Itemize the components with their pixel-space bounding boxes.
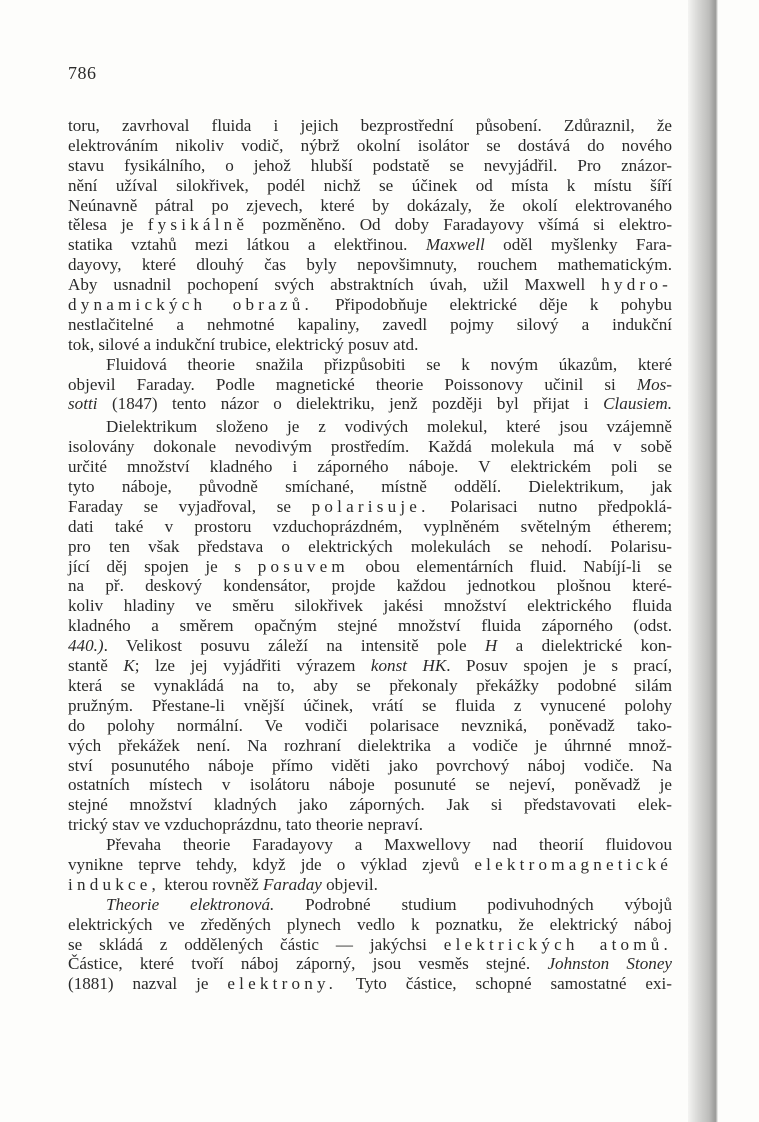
text-segment: ství posunutého náboje přímo viděti jako…: [68, 756, 672, 775]
text-line: nění užíval silokřivek, podél nichž se ú…: [68, 176, 672, 196]
text-line: stantě K; lze jej vyjádřiti výrazem kons…: [68, 656, 672, 676]
italic-text: konst HK: [371, 656, 446, 675]
text-segment: obou elementárních fluid. Nabíjí-li se: [349, 557, 672, 576]
text-segment: nestlačitelné a nehmotné kapaliny, zaved…: [68, 315, 672, 334]
text-segment: objevil.: [322, 875, 378, 894]
spaced-emphasis-text: hydro-: [601, 275, 672, 294]
text-segment: tok, silové a indukční trubice, elektric…: [68, 335, 418, 354]
text-line: koliv hladiny ve směru silokřivek jakési…: [68, 596, 672, 616]
text-segment: Aby usnadnil pochopení svých abstraktníc…: [68, 275, 601, 294]
text-segment: vynikne teprve tehdy, když jde o výklad …: [68, 855, 474, 874]
text-line: nestlačitelné a nehmotné kapaliny, zaved…: [68, 315, 672, 335]
text-line: vynikne teprve tehdy, když jde o výklad …: [68, 855, 672, 875]
text-line: Převaha theorie Faradayovy a Maxwellovy …: [68, 835, 672, 855]
text-segment: . Posuv spojen je s prací,: [446, 656, 672, 675]
spaced-emphasis-text: fysikálně: [148, 215, 248, 234]
text-line: Faraday se vyjadřoval, se polarisuje. Po…: [68, 497, 672, 517]
text-line: stavu fysikálního, o jehož hlubší podsta…: [68, 156, 672, 176]
text-segment: jící děj spojen je s: [68, 557, 258, 576]
text-segment: pružným. Přestane-li vnější účinek, vrát…: [68, 696, 672, 715]
spaced-emphasis-text: elektromagnetické: [474, 855, 672, 874]
spaced-emphasis-text: indukce,: [68, 875, 160, 894]
text-line: Theorie elektronová. Podrobné studium po…: [68, 895, 672, 915]
italic-text: Faraday: [263, 875, 322, 894]
italic-text: sotti: [68, 394, 97, 413]
text-segment: Neúnavně pátral po zjevech, které by dok…: [68, 196, 672, 215]
text-segment: statika vztahů mezi látkou a elektřinou.: [68, 235, 426, 254]
text-line: kladného a směrem opačným stejné množstv…: [68, 616, 672, 636]
text-line: toru, zavrhoval fluida i jejich bezprost…: [68, 116, 672, 136]
spaced-emphasis-text: elektrických atomů.: [444, 935, 672, 954]
text-segment: do polohy normální. Ve vodiči polarisace…: [68, 716, 672, 735]
text-segment: Tyto částice, schopné samostatné exi-: [337, 974, 672, 993]
text-line: 440.). Velikost posuvu záleží na intensi…: [68, 636, 672, 656]
italic-text: K: [123, 656, 134, 675]
text-segment: . Velikost posuvu záleží na intensitě po…: [104, 636, 485, 655]
text-line: dayovy, které dlouhý čas byly nepovšimnu…: [68, 255, 672, 275]
text-line: ství posunutého náboje přímo viděti jako…: [68, 756, 672, 776]
text-segment: určité množství kladného i záporného náb…: [68, 457, 672, 476]
italic-text: H: [485, 636, 497, 655]
text-line: statika vztahů mezi látkou a elektřinou.…: [68, 235, 672, 255]
spaced-emphasis-text: polarisuje.: [312, 497, 430, 516]
text-line: vých překážek není. Na rozhraní dielektr…: [68, 736, 672, 756]
text-line: dati také v prostoru vzduchoprázdném, vy…: [68, 517, 672, 537]
text-segment: Převaha theorie Faradayovy a Maxwellovy …: [106, 835, 672, 854]
text-line: elektrováním nikoliv vodič, nýbrž okolní…: [68, 136, 672, 156]
text-line: isolovány dokonale nevodivým prostředím.…: [68, 437, 672, 457]
text-line: se skládá z oddělených částic — jakýchsi…: [68, 935, 672, 955]
text-line: trický stav ve vzduchoprázdnu, tato theo…: [68, 815, 672, 835]
text-segment: Dielektrikum složeno je z vodivých molek…: [106, 417, 672, 436]
text-segment: kterou rovněž: [160, 875, 263, 894]
text-segment: Podrobné studium podivuhodných výbojů: [274, 895, 672, 914]
text-line: stejné množství kladných jako záporných.…: [68, 795, 672, 815]
text-segment: ; lze jej vyjádřiti výrazem: [135, 656, 371, 675]
text-line: ostatních místech v isolátoru náboje pos…: [68, 775, 672, 795]
text-segment: pro ten však představa o elektrických mo…: [68, 537, 672, 556]
text-segment: tělesa je: [68, 215, 148, 234]
text-segment: oděl myšlenky Fara-: [485, 235, 672, 254]
text-segment: nění užíval silokřivek, podél nichž se ú…: [68, 176, 672, 195]
text-line: indukce, kterou rovněž Faraday objevil.: [68, 875, 672, 895]
text-line: tělesa je fysikálně pozměněno. Od doby F…: [68, 215, 672, 235]
italic-text: 440.): [68, 636, 104, 655]
book-spine-shadow: [688, 0, 718, 1122]
text-segment: elektrováním nikoliv vodič, nýbrž okolní…: [68, 136, 672, 155]
spaced-emphasis-text: dynamických obrazů.: [68, 295, 313, 314]
text-line: pro ten však představa o elektrických mo…: [68, 537, 672, 557]
italic-text: Theorie elektronová.: [106, 895, 274, 914]
text-line: sotti (1847) tento názor o dielektriku, …: [68, 394, 672, 414]
text-line: do polohy normální. Ve vodiči polarisace…: [68, 716, 672, 736]
text-segment: (1881) nazval je: [68, 974, 227, 993]
text-segment: na př. deskový kondensátor, projde každo…: [68, 576, 672, 595]
text-line: dynamických obrazů. Připodobňuje elektri…: [68, 295, 672, 315]
text-segment: toru, zavrhoval fluida i jejich bezprost…: [68, 116, 672, 135]
text-segment: isolovány dokonale nevodivým prostředím.…: [68, 437, 672, 456]
text-segment: stejné množství kladných jako záporných.…: [68, 795, 672, 814]
text-line: Neúnavně pátral po zjevech, které by dok…: [68, 196, 672, 216]
text-segment: kladného a směrem opačným stejné množstv…: [68, 616, 672, 635]
text-line: Dielektrikum složeno je z vodivých molek…: [68, 417, 672, 437]
text-line: objevil Faraday. Podle magnetické theori…: [68, 375, 672, 395]
text-segment: objevil Faraday. Podle magnetické theori…: [68, 375, 637, 394]
text-segment: Fluidová theorie snažila přizpůsobiti se…: [106, 355, 672, 374]
text-segment: vých překážek není. Na rozhraní dielektr…: [68, 736, 672, 755]
italic-text: Mos-: [637, 375, 672, 394]
text-segment: Faraday se vyjadřoval, se: [68, 497, 312, 516]
text-line: která se vynakládá na to, aby se překona…: [68, 676, 672, 696]
text-line: (1881) nazval je elektrony. Tyto částice…: [68, 974, 672, 994]
text-segment: ostatních místech v isolátoru náboje pos…: [68, 775, 672, 794]
text-line: Fluidová theorie snažila přizpůsobiti se…: [68, 355, 672, 375]
italic-text: Clausiem.: [603, 394, 672, 413]
text-line: elektrických ve zředěných plynech vedlo …: [68, 915, 672, 935]
italic-text: Maxwell: [426, 235, 485, 254]
text-line: jící děj spojen je s posuvem obou elemen…: [68, 557, 672, 577]
body-text: toru, zavrhoval fluida i jejich bezprost…: [68, 116, 672, 994]
text-segment: Polarisaci nutno předpoklá-: [430, 497, 672, 516]
text-segment: trický stav ve vzduchoprázdnu, tato theo…: [68, 815, 423, 834]
italic-text: Johnston Stoney: [547, 954, 672, 973]
text-segment: Částice, které tvoří náboj záporný, jsou…: [68, 954, 547, 973]
text-segment: stantě: [68, 656, 123, 675]
text-segment: koliv hladiny ve směru silokřivek jakési…: [68, 596, 672, 615]
text-line: na př. deskový kondensátor, projde každo…: [68, 576, 672, 596]
text-segment: dati také v prostoru vzduchoprázdném, vy…: [68, 517, 672, 536]
text-segment: (1847) tento názor o dielektriku, jenž p…: [97, 394, 603, 413]
text-line: tok, silové a indukční trubice, elektric…: [68, 335, 672, 355]
text-segment: dayovy, které dlouhý čas byly nepovšimnu…: [68, 255, 672, 274]
page-number: 786: [68, 63, 97, 84]
spaced-emphasis-text: elektrony.: [227, 974, 337, 993]
text-segment: stavu fysikálního, o jehož hlubší podsta…: [68, 156, 672, 175]
spaced-emphasis-text: posuvem: [258, 557, 349, 576]
text-segment: pozměněno. Od doby Faradayovy všímá si e…: [248, 215, 672, 234]
text-line: pružným. Přestane-li vnější účinek, vrát…: [68, 696, 672, 716]
text-segment: která se vynakládá na to, aby se překona…: [68, 676, 672, 695]
text-segment: tyto náboje, původně smíchané, místně od…: [68, 477, 672, 496]
text-line: Aby usnadnil pochopení svých abstraktníc…: [68, 275, 672, 295]
text-segment: Připodobňuje elektrické děje k pohybu: [313, 295, 672, 314]
text-line: Částice, které tvoří náboj záporný, jsou…: [68, 954, 672, 974]
text-segment: elektrických ve zředěných plynech vedlo …: [68, 915, 672, 934]
text-segment: a dielektrické kon-: [497, 636, 672, 655]
text-line: tyto náboje, původně smíchané, místně od…: [68, 477, 672, 497]
text-segment: se skládá z oddělených částic — jakýchsi: [68, 935, 444, 954]
text-line: určité množství kladného i záporného náb…: [68, 457, 672, 477]
